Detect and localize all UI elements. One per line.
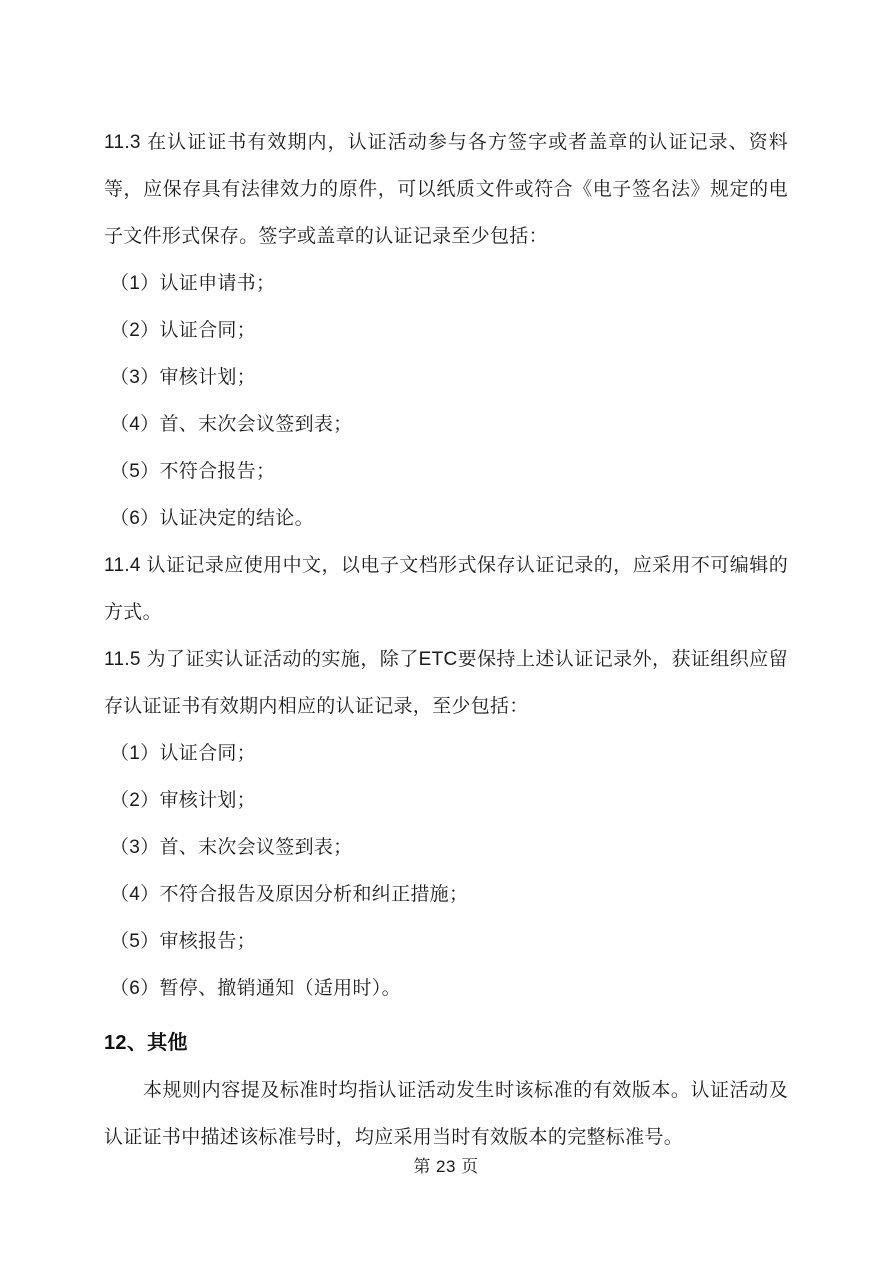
list-item: （5）不符合报告； [104,448,788,495]
list-item: （3）审核计划； [104,354,788,401]
clause-11-4: 11.4 认证记录应使用中文，以电子文档形式保存认证记录的，应采用不可编辑的方式… [104,542,788,636]
list-item: （2）认证合同； [104,307,788,354]
list-item: （2）审核计划； [104,777,788,824]
document-content: 11.3 在认证证书有效期内，认证活动参与各方签字或者盖章的认证记录、资料等，应… [104,119,788,1161]
page-number: 第 23 页 [413,1157,478,1176]
list-item: （3）首、末次会议签到表； [104,824,788,871]
clause-11-5: 11.5 为了证实认证活动的实施，除了ETC要保持上述认证记录外，获证组织应留存… [104,636,788,730]
retained-records-list: （1）认证合同； （2）审核计划； （3）首、末次会议签到表； （4）不符合报告… [104,730,788,1012]
list-item: （5）审核报告； [104,918,788,965]
list-item: （6）认证决定的结论。 [104,495,788,542]
list-item: （1）认证合同； [104,730,788,777]
clause-11-3: 11.3 在认证证书有效期内，认证活动参与各方签字或者盖章的认证记录、资料等，应… [104,119,788,260]
signed-records-list: （1）认证申请书； （2）认证合同； （3）审核计划； （4）首、末次会议签到表… [104,260,788,542]
list-item: （1）认证申请书； [104,260,788,307]
page-footer: 第 23 页 [0,1152,892,1182]
document-page: 11.3 在认证证书有效期内，认证活动参与各方签字或者盖章的认证记录、资料等，应… [0,0,892,1262]
list-item: （4）首、末次会议签到表； [104,401,788,448]
list-item: （4）不符合报告及原因分析和纠正措施； [104,871,788,918]
section-12-paragraph: 本规则内容提及标准时均指认证活动发生时该标准的有效版本。认证活动及认证证书中描述… [104,1067,788,1161]
section-12-heading: 12、其他 [104,1020,788,1067]
list-item: （6）暂停、撤销通知（适用时）。 [104,965,788,1012]
